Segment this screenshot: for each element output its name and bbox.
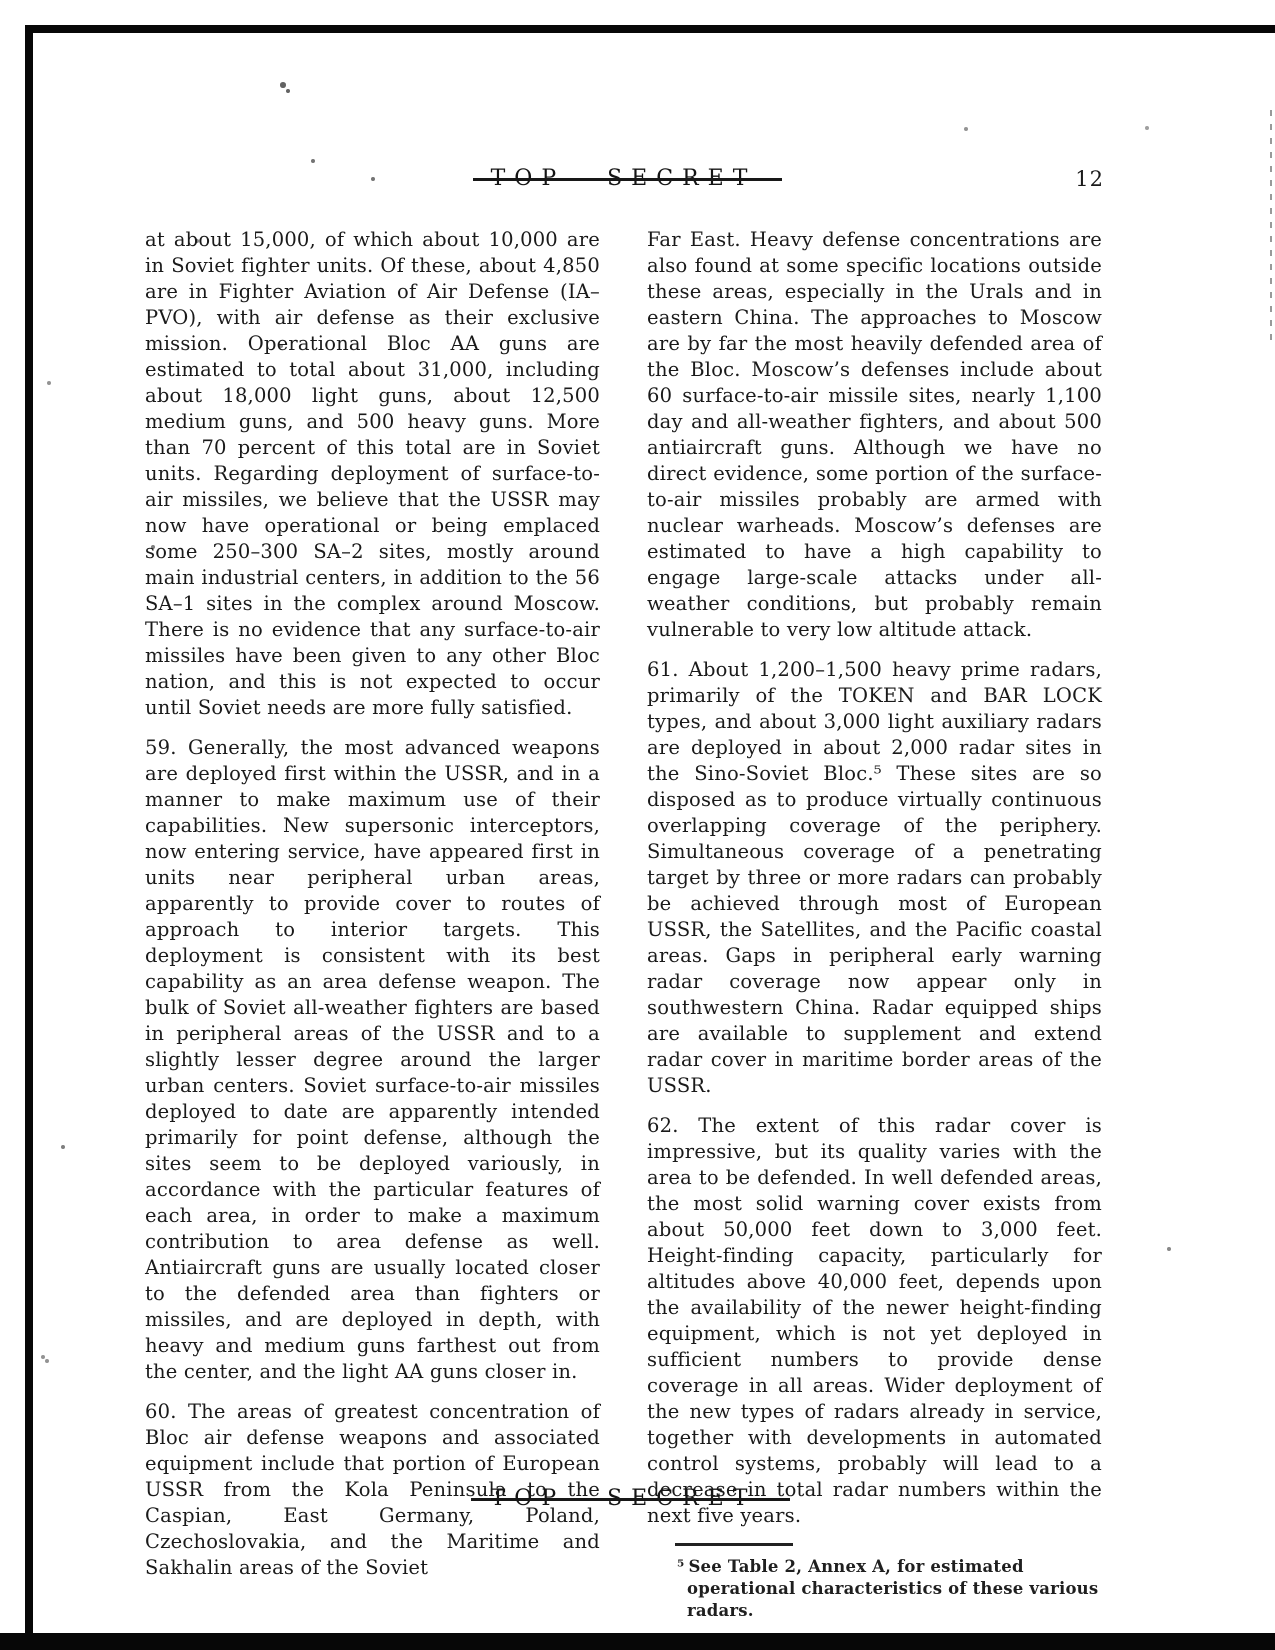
footnote-text: See Table 2, Annex A, for estimated oper… (687, 1557, 1098, 1620)
page-footer: TOP SECRET (145, 1486, 1102, 1511)
scan-border-left (25, 25, 33, 1650)
paragraph-59: 59. Generally, the most advanced weapons… (145, 735, 600, 1385)
footnote: ⁵See Table 2, Annex A, for estimated ope… (647, 1556, 1102, 1622)
page-header: TOP SECRET 12 (145, 166, 1102, 191)
scan-border-right-artifact (1270, 110, 1272, 340)
paragraph-58-continuation: at about 15,000, of which about 10,000 a… (145, 227, 600, 721)
paragraph-62: 62. The extent of this radar cover is im… (647, 1113, 1102, 1529)
scan-artifacts (0, 0, 2, 2)
paragraph-60-continuation: Far East. Heavy defense concentrations a… (647, 227, 1102, 643)
page-number: 12 (1075, 167, 1104, 191)
footnote-marker: ⁵ (677, 1557, 688, 1576)
classification-banner-bottom: TOP SECRET (491, 1486, 757, 1511)
document-page: TOP SECRET 12 at about 15,000, of which … (0, 0, 1275, 1650)
scan-border-top (25, 25, 1275, 33)
column-left: at about 15,000, of which about 10,000 a… (145, 227, 600, 1622)
paragraph-61: 61. About 1,200–1,500 heavy prime radars… (647, 657, 1102, 1099)
scan-border-bottom (0, 1633, 1275, 1650)
document-body: at about 15,000, of which about 10,000 a… (145, 227, 1102, 1622)
footnote-separator (675, 1543, 793, 1546)
classification-banner-top: TOP SECRET (491, 166, 757, 191)
column-right: Far East. Heavy defense concentrations a… (647, 227, 1102, 1622)
